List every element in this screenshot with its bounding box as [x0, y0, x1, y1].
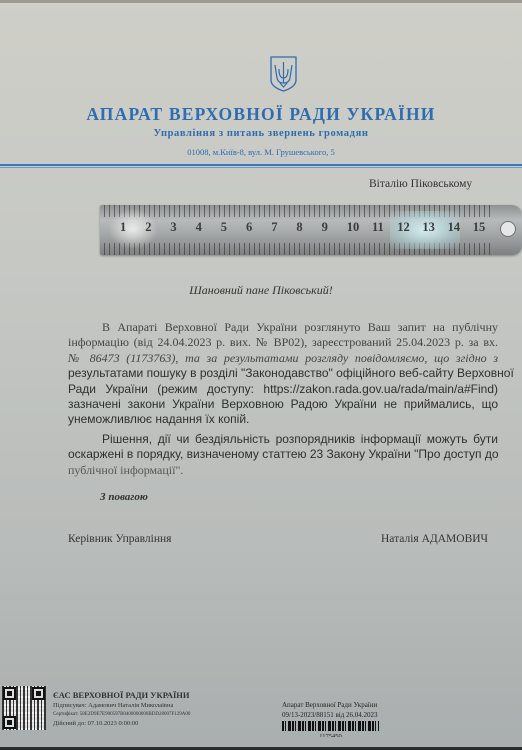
stamp-system: ЄАС ВЕРХОВНОЇ РАДИ УКРАЇНИ — [53, 690, 190, 700]
paragraph-2-line: Рішення, дії чи бездіяльність розпорядни… — [68, 432, 498, 447]
stamp-valid-until: Дійсний до: 07.10.2023 0:00:00 — [53, 720, 190, 727]
ruler-number: 8 — [296, 220, 302, 235]
paragraph-2: Рішення, дії чи бездіяльність розпорядни… — [68, 432, 498, 478]
ruler-number: 9 — [322, 220, 328, 235]
ruler-number: 2 — [145, 220, 151, 235]
ruler-number: 6 — [246, 220, 252, 235]
ruler-number: 3 — [170, 220, 176, 235]
greeting: Шановний пане Піковський! — [0, 283, 522, 298]
e-signature-stamp: ЄАС ВЕРХОВНОЇ РАДИ УКРАЇНИ Підписувач: А… — [53, 690, 190, 727]
organization-address: 01008, м.Київ-8, вул. М. Грушевського, 5 — [0, 147, 522, 157]
paragraph-1-line: результатами пошуку в розділі "Законодав… — [68, 366, 498, 381]
ruler-number: 13 — [422, 220, 435, 235]
signer-name: Наталія АДАМОВИЧ — [381, 533, 488, 545]
ruler-number: 14 — [448, 220, 461, 235]
department-name: Управління з питань звернень громадян — [0, 128, 522, 139]
ruler-number: 10 — [347, 220, 360, 235]
qr-code-icon — [2, 686, 46, 730]
ruler-number: 4 — [196, 220, 202, 235]
ruler-overlay: 123456789101112131415 — [100, 205, 522, 255]
recipient-name: Віталію Піковському — [369, 178, 472, 190]
registration-block: Апарат Верховної Ради України 09/13-2023… — [282, 700, 379, 737]
ruler-number: 7 — [271, 220, 277, 235]
registration-number: 09/13-2023/88151 від 26.04.2023 — [282, 710, 379, 720]
stamp-certificate: Сертифікат: 58E2D9E7E900597B0400000000BD… — [53, 712, 190, 717]
paragraph-1-line: № 86473 (1173763), та за результатами ро… — [68, 351, 498, 366]
barcode-icon — [282, 721, 379, 731]
registration-org: Апарат Верховної Ради України — [282, 700, 379, 710]
ruler-hanging-hole — [500, 221, 516, 237]
ruler-number: 12 — [397, 220, 410, 235]
letterhead-divider — [0, 164, 522, 166]
ruler-numbers: 123456789101112131415 — [100, 220, 500, 240]
paragraph-1-line: В Апараті Верховної Ради України розглян… — [68, 320, 498, 335]
organization-title: АПАРАТ ВЕРХОВНОЇ РАДИ УКРАЇНИ — [0, 104, 522, 125]
signer-position: Керівник Управління — [68, 533, 171, 545]
paragraph-1: В Апараті Верховної Ради України розглян… — [68, 320, 498, 428]
tryzub-coat-of-arms-icon — [270, 56, 297, 92]
letterhead-divider-thin — [0, 167, 522, 168]
stamp-signer: Підписувач: Адамович Наталія Миколаївна — [53, 702, 190, 709]
paragraph-1-line: інформацію (від 24.04.2023 р. вих. № ВР0… — [68, 335, 498, 350]
paragraph-2-line: оскаржені в порядку, визначеному статтею… — [68, 447, 498, 462]
ruler-number: 5 — [221, 220, 227, 235]
ruler-number: 1 — [120, 220, 126, 235]
paragraph-2-line: публічної інформації". — [68, 463, 498, 478]
paragraph-1-line: зазначені закони України Верховною Радою… — [68, 397, 498, 412]
paragraph-1-line: унеможливлює надання їх копій. — [68, 412, 498, 427]
document-page: АПАРАТ ВЕРХОВНОЇ РАДИ УКРАЇНИ Управління… — [0, 0, 522, 750]
ruler-number: 11 — [372, 220, 384, 235]
closing-regards: З повагою — [100, 491, 148, 503]
paragraph-1-line: Ради України (режим доступу: https://zak… — [68, 382, 498, 397]
ruler-number: 15 — [473, 220, 486, 235]
barcode-number: 1175450 — [282, 732, 379, 737]
page-top-edge — [0, 0, 522, 3]
